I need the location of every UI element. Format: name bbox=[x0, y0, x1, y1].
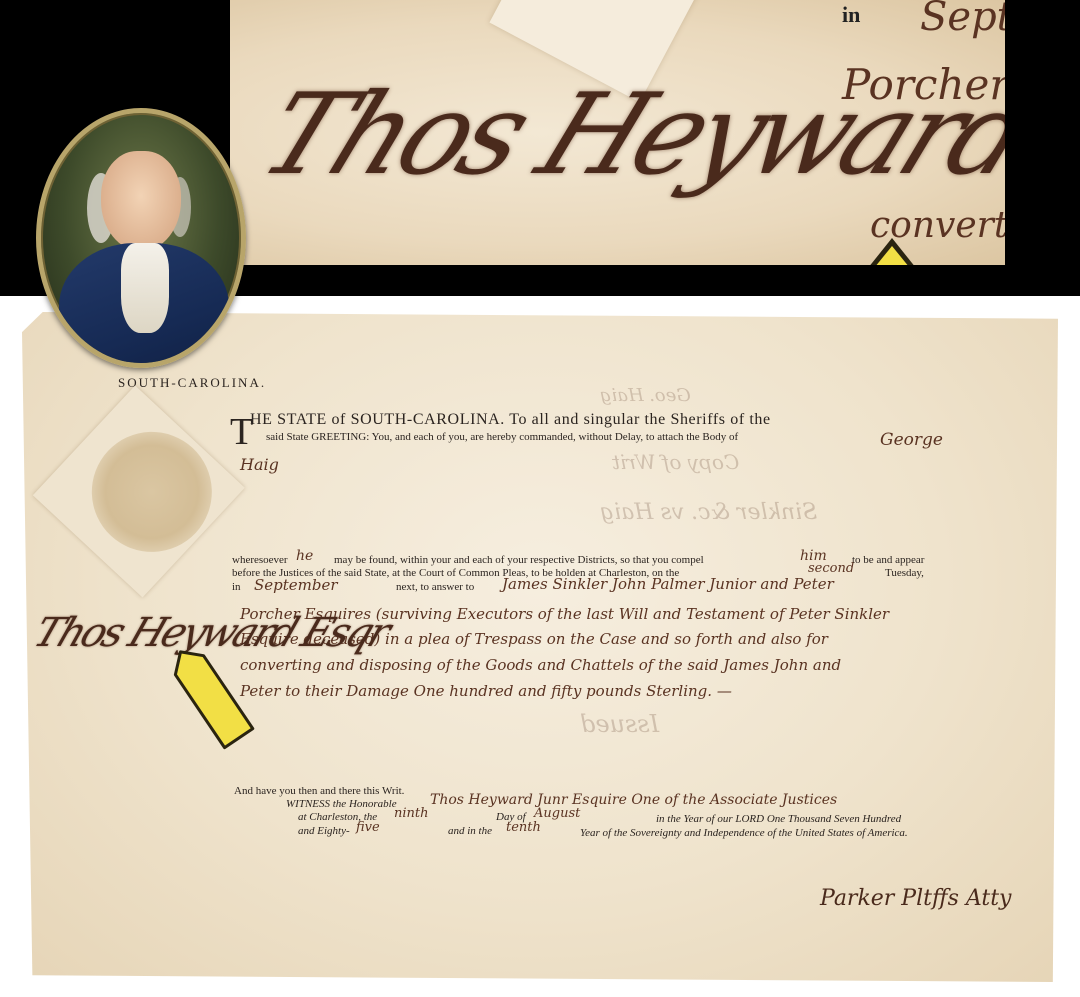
answer-to-text: next, to answer to bbox=[396, 581, 474, 593]
bleed-through-text: Issued bbox=[580, 710, 659, 738]
attorney-signature: Parker Pltffs Atty bbox=[820, 886, 1011, 911]
hw-he: he bbox=[296, 548, 313, 564]
portrait-cravat bbox=[121, 243, 169, 333]
hw-line-5: Peter to their Damage One hundred and fi… bbox=[240, 682, 732, 700]
wherever-text: to be and appear bbox=[852, 554, 924, 566]
signature-zoom-inset: in Sept Porcher convert Thos Heyward Esq… bbox=[230, 0, 1005, 265]
bleed-through-text: Geo. Haig bbox=[600, 385, 691, 406]
witness-text: WITNESS the Honorable bbox=[286, 798, 397, 810]
sovereignty-text: Year of the Sovereignty and Independence… bbox=[580, 827, 908, 839]
hw-day: ninth bbox=[394, 806, 429, 821]
title-line: HE STATE of SOUTH-CAROLINA. To all and s… bbox=[250, 411, 771, 429]
hw-plaintiffs: James Sinkler John Palmer Junior and Pet… bbox=[502, 575, 834, 593]
hw-line-4: converting and disposing of the Goods an… bbox=[240, 656, 841, 674]
hw-year: five bbox=[356, 820, 380, 835]
arrow-tip-icon bbox=[866, 246, 918, 265]
handwritten-sept: Sept bbox=[920, 0, 1005, 40]
margin-signature: Thos Heyward Esqr bbox=[28, 610, 395, 656]
state-header: SOUTH-CAROLINA. bbox=[118, 375, 266, 391]
wherever-text: may be found, within your and each of yo… bbox=[334, 554, 704, 566]
tuesday-text: Tuesday, bbox=[885, 567, 924, 579]
hw-second: second bbox=[808, 561, 854, 576]
eighty-text: and Eighty- bbox=[298, 825, 350, 837]
printed-word-in: in bbox=[842, 2, 860, 28]
hw-defendant-first-name: George bbox=[880, 430, 943, 450]
portrait-miniature bbox=[36, 108, 246, 368]
hw-month-august: August bbox=[534, 806, 580, 821]
portrait-face bbox=[101, 151, 181, 251]
in-the-text: and in the bbox=[448, 825, 492, 837]
zoomed-signature: Thos Heyward Esqr bbox=[244, 70, 1005, 200]
year-of-lord-text: in the Year of our LORD One Thousand Sev… bbox=[656, 813, 901, 825]
writ-line: And have you then and there this Writ. bbox=[234, 785, 404, 797]
greeting-line: said State GREETING: You, and each of yo… bbox=[266, 431, 738, 443]
hw-month: September bbox=[254, 576, 338, 594]
paper-seal bbox=[41, 398, 258, 595]
hw-witness-name: Thos Heyward Junr Esquire One of the Ass… bbox=[430, 792, 837, 808]
bleed-through-text: Sinkler &c. vs Haig bbox=[600, 500, 817, 525]
bleed-through-text: Copy of Writ bbox=[612, 450, 739, 474]
hw-tenth: tenth bbox=[506, 820, 541, 835]
